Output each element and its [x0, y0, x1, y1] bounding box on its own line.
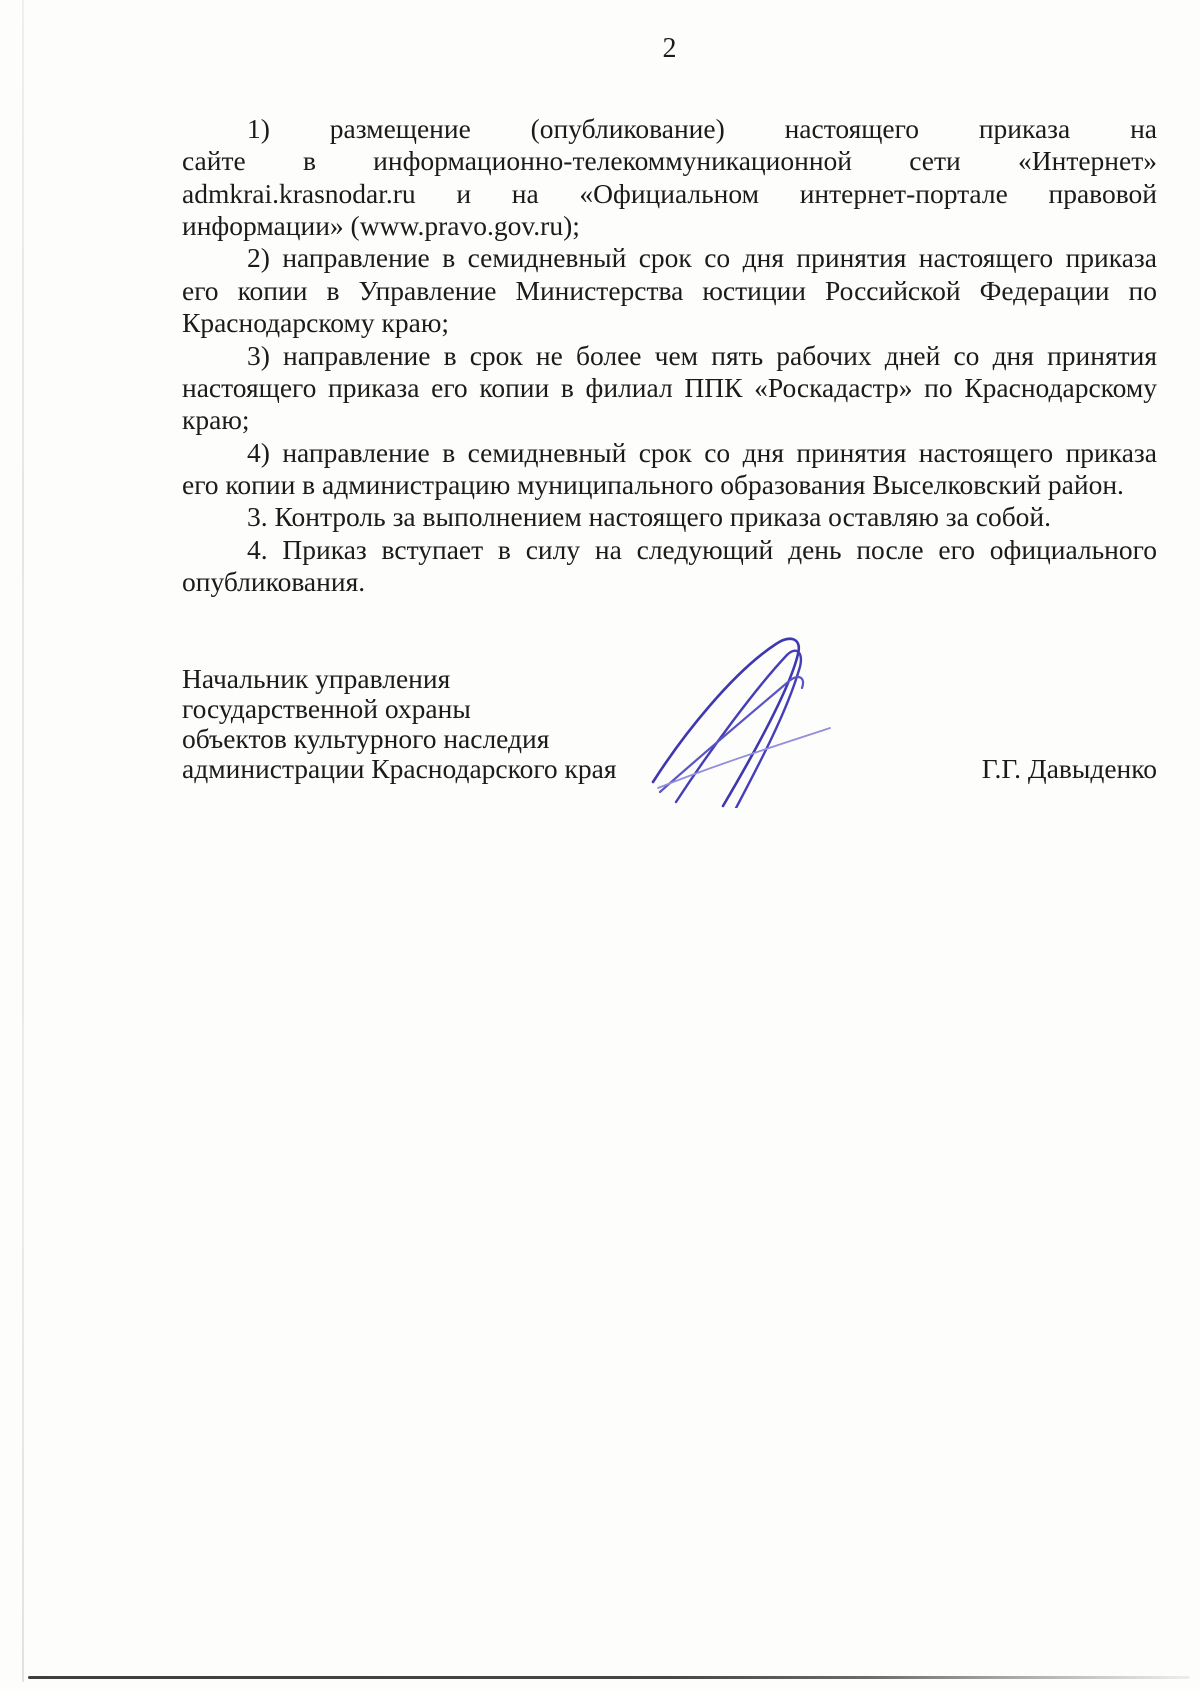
- text-line: 4. Приказ вступает в силу на следующий д…: [182, 534, 1157, 566]
- scan-artifact-left-line: [22, 0, 24, 1682]
- order-body-text: 1) размещение (опубликование) настоящего…: [182, 113, 1157, 598]
- signer-name: Г.Г. Давыденко: [982, 754, 1157, 784]
- text-line: 2) направление в семидневный срок со дня…: [182, 242, 1157, 274]
- text-line: Краснодарскому краю;: [182, 307, 1157, 339]
- text-line: 4) направление в семидневный срок со дня…: [182, 437, 1157, 469]
- page-number: 2: [182, 33, 1157, 65]
- signer-title-line: объектов культурного наследия: [182, 724, 617, 754]
- text-line: краю;: [182, 404, 1157, 436]
- text-line: информации» (www.pravo.gov.ru);: [182, 210, 1157, 242]
- text-line: admkrai.krasnodar.ru и на «Официальном и…: [182, 178, 1157, 210]
- signer-title: Начальник управления государственной охр…: [182, 664, 617, 784]
- text-line: настоящего приказа его копии в филиал ПП…: [182, 372, 1157, 404]
- scan-artifact-bottom-edge: [28, 1676, 1190, 1679]
- text-line: 1) размещение (опубликование) настоящего…: [182, 113, 1157, 145]
- text-line: 3) направление в срок не более чем пять …: [182, 340, 1157, 372]
- text-line: его копии в администрацию муниципального…: [182, 469, 1157, 501]
- signer-title-line: Начальник управления: [182, 664, 617, 694]
- text-line: сайте в информационно-телекоммуникационн…: [182, 145, 1157, 177]
- text-line: 3. Контроль за выполнением настоящего пр…: [182, 501, 1157, 533]
- signer-title-line: администрации Краснодарского края: [182, 754, 617, 784]
- text-line: опубликования.: [182, 566, 1157, 598]
- text-line: его копии в Управление Министерства юсти…: [182, 275, 1157, 307]
- document-page: 2 1) размещение (опубликование) настояще…: [0, 0, 1200, 1689]
- handwritten-signature-icon: [628, 630, 838, 808]
- signer-title-line: государственной охраны: [182, 694, 617, 724]
